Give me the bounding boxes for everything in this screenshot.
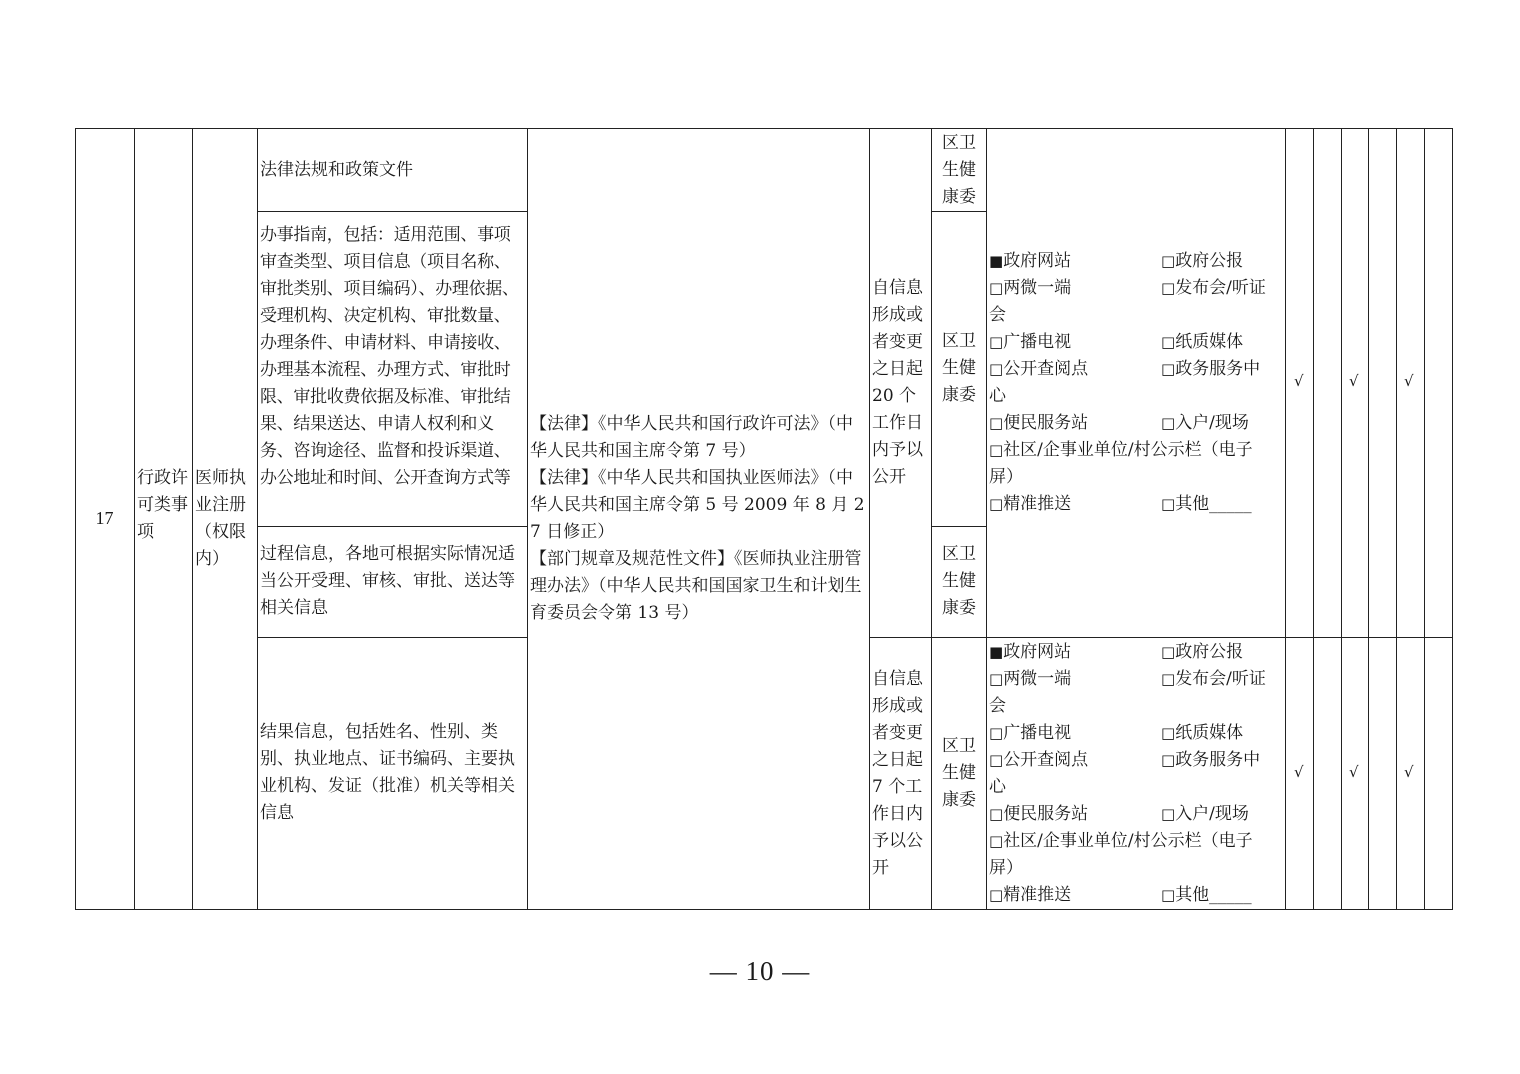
- channel-option: □两微一端: [989, 666, 1161, 693]
- col-border: [1313, 128, 1314, 910]
- row-divider: [257, 526, 528, 527]
- col-border: [1424, 128, 1425, 910]
- checkbox-icon[interactable]: □: [989, 670, 1003, 688]
- checkbox-icon[interactable]: □: [1161, 414, 1175, 432]
- row-divider: [257, 211, 528, 212]
- page-number: — 10 —: [0, 956, 1520, 987]
- channels-bottom: ■政府网站□政府公报 □两微一端□发布会/听证 会 □广播电视□纸质媒体 □公开…: [989, 639, 1285, 909]
- check-mark-icon: √: [1294, 763, 1304, 781]
- channel-option: ■政府网站: [989, 639, 1161, 666]
- channel-wrap-text: 会: [989, 693, 1006, 720]
- checkbox-icon[interactable]: □: [989, 751, 1003, 769]
- checkbox-icon[interactable]: □: [989, 360, 1003, 378]
- channel-wrap-text: 会: [989, 302, 1006, 329]
- channel-option: □社区/企事业单位/村公示栏（电子: [989, 437, 1253, 464]
- checkbox-checked-icon[interactable]: ■: [989, 643, 1003, 661]
- channel-option: □入户/现场: [1161, 801, 1249, 828]
- col-border: [869, 128, 870, 910]
- col-border: [1341, 128, 1342, 910]
- channel-option: □其他_____: [1161, 882, 1252, 909]
- legal-basis-item: 【法律】《中华人民共和国行政许可法》（中华人民共和国主席令第 7 号）: [530, 411, 868, 465]
- channel-option: □便民服务站: [989, 410, 1161, 437]
- content-guide: 办事指南，包括：适用范围、事项审查类型、项目信息（项目名称、审批类别、项目编码）…: [260, 222, 527, 492]
- content-laws: 法律法规和政策文件: [260, 157, 526, 184]
- channel-wrap-text: 屏）: [989, 855, 1023, 882]
- col-border: [1396, 128, 1397, 910]
- channel-option: □广播电视: [989, 329, 1161, 356]
- checkbox-icon[interactable]: □: [1161, 724, 1175, 742]
- channel-option: □其他_____: [1161, 491, 1252, 518]
- row-divider: [257, 637, 528, 638]
- col-border: [134, 128, 135, 910]
- checkbox-icon[interactable]: □: [1161, 360, 1175, 378]
- channel-option: □精准推送: [989, 882, 1161, 909]
- table-bottom-border: [75, 909, 1453, 910]
- row-divider: [931, 526, 987, 527]
- legal-basis-item: 【法律】《中华人民共和国执业医师法》（中华人民共和国主席令第 5 号 2009 …: [530, 465, 868, 546]
- channel-option: □发布会/听证: [1161, 275, 1266, 302]
- check-mark-icon: √: [1294, 372, 1304, 390]
- content-result: 结果信息，包括姓名、性别、类别、执业地点、证书编码、主要执业机构、发证（批准）机…: [260, 719, 527, 827]
- checkbox-icon[interactable]: □: [989, 441, 1003, 459]
- channel-option: □政务服务中: [1161, 747, 1260, 774]
- timing-bottom: 自信息形成或者变更之日起7 个工作日内予以公开: [872, 666, 928, 882]
- channel-option: □纸质媒体: [1161, 329, 1243, 356]
- channel-option: ■政府网站: [989, 248, 1161, 275]
- col-border: [931, 128, 932, 910]
- row-divider: [931, 211, 987, 212]
- checkbox-icon[interactable]: □: [989, 832, 1003, 850]
- channel-wrap-text: 屏）: [989, 464, 1023, 491]
- checkbox-icon[interactable]: □: [1161, 333, 1175, 351]
- check-mark-icon: √: [1349, 763, 1359, 781]
- content-process: 过程信息，各地可根据实际情况适当公开受理、审核、审批、送达等相关信息: [260, 541, 527, 622]
- checkbox-icon[interactable]: □: [989, 495, 1003, 513]
- checkbox-icon[interactable]: □: [1161, 670, 1175, 688]
- checkbox-icon[interactable]: □: [1161, 252, 1175, 270]
- agency-cell: 区卫生健康委: [937, 541, 981, 622]
- col-border: [1285, 128, 1286, 910]
- checkbox-icon[interactable]: □: [1161, 805, 1175, 823]
- channel-wrap-text: 心: [989, 383, 1006, 410]
- checkbox-icon[interactable]: □: [1161, 751, 1175, 769]
- channel-option: □广播电视: [989, 720, 1161, 747]
- seq-cell: 17: [75, 128, 134, 909]
- checkbox-icon[interactable]: □: [989, 333, 1003, 351]
- table-top-border: [75, 128, 1453, 129]
- checkbox-icon[interactable]: □: [989, 279, 1003, 297]
- agency-cell: 区卫生健康委: [937, 733, 981, 814]
- legal-basis-cell: 【法律】《中华人民共和国行政许可法》（中华人民共和国主席令第 7 号） 【法律】…: [530, 411, 868, 627]
- check-mark-icon: √: [1404, 372, 1414, 390]
- checkbox-icon[interactable]: □: [989, 886, 1003, 904]
- timing-top: 自信息形成或者变更之日起20 个工作日内予以公开: [872, 275, 928, 491]
- checkbox-icon[interactable]: □: [1161, 643, 1175, 661]
- checkbox-checked-icon[interactable]: ■: [989, 252, 1003, 270]
- document-page: 17 行政许可类事项 医师执业注册（权限内） 法律法规和政策文件 办事指南，包括…: [0, 0, 1520, 1074]
- checkbox-icon[interactable]: □: [1161, 886, 1175, 904]
- checkbox-icon[interactable]: □: [1161, 495, 1175, 513]
- col-border: [257, 128, 258, 910]
- channel-wrap-text: 心: [989, 774, 1006, 801]
- channel-option: □精准推送: [989, 491, 1161, 518]
- channel-option: □发布会/听证: [1161, 666, 1266, 693]
- channel-option: □公开查阅点: [989, 356, 1161, 383]
- col-border: [986, 128, 987, 910]
- checkbox-icon[interactable]: □: [989, 805, 1003, 823]
- channel-option: □纸质媒体: [1161, 720, 1243, 747]
- checkbox-icon[interactable]: □: [989, 724, 1003, 742]
- checkbox-icon[interactable]: □: [989, 414, 1003, 432]
- channel-option: □社区/企事业单位/村公示栏（电子: [989, 828, 1253, 855]
- item-cell: 医师执业注册（权限内）: [195, 465, 253, 573]
- col-border: [1452, 128, 1453, 910]
- check-mark-icon: √: [1349, 372, 1359, 390]
- check-mark-icon: √: [1404, 763, 1414, 781]
- channel-option: □政府公报: [1161, 248, 1243, 275]
- legal-basis-item: 【部门规章及规范性文件】《医师执业注册管理办法》（中华人民共和国国家卫生和计划生…: [530, 546, 868, 627]
- checkbox-icon[interactable]: □: [1161, 279, 1175, 297]
- col-border: [527, 128, 528, 910]
- agency-cell: 区卫生健康委: [937, 328, 981, 409]
- category-cell: 行政许可类事项: [137, 465, 191, 546]
- channel-option: □公开查阅点: [989, 747, 1161, 774]
- channel-option: □两微一端: [989, 275, 1161, 302]
- channel-option: □入户/现场: [1161, 410, 1249, 437]
- channels-top: ■政府网站□政府公报 □两微一端□发布会/听证 会 □广播电视□纸质媒体 □公开…: [989, 248, 1285, 518]
- channel-option: □政府公报: [1161, 639, 1243, 666]
- channel-option: □便民服务站: [989, 801, 1161, 828]
- agency-cell: 区卫生健康委: [937, 130, 981, 211]
- col-border: [1368, 128, 1369, 910]
- col-border: [192, 128, 193, 910]
- channel-option: □政务服务中: [1161, 356, 1260, 383]
- seq-number: 17: [96, 505, 114, 532]
